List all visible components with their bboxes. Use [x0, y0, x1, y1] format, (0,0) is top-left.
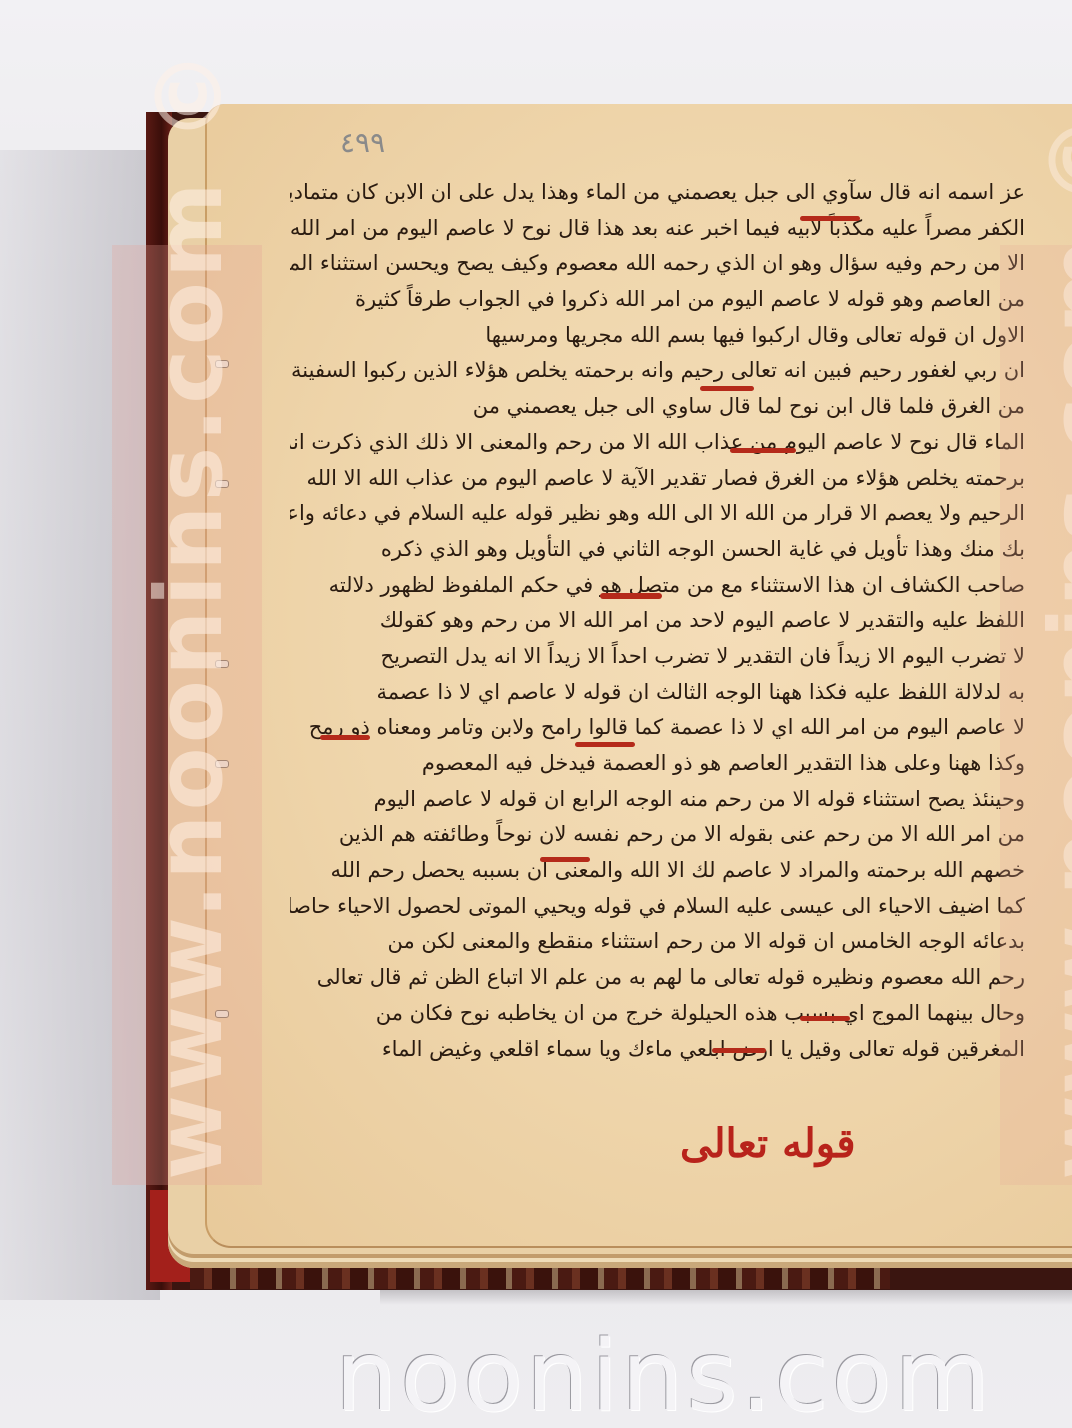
- text-line: عز اسمه انه قال سآوي الى جبل يعصمني من ا…: [290, 175, 1025, 211]
- text-line: بك منك وهذا تأويل في غاية الحسن الوجه ال…: [290, 532, 1025, 568]
- rubric-heading: قوله تعالى: [680, 1120, 856, 1167]
- text-line: بدعائه الوجه الخامس ان قوله الا من رحم ا…: [290, 924, 1025, 960]
- rubric-overline: [730, 448, 796, 453]
- text-line: الكفر مصراً عليه مكذباً لابيه فيما اخبر …: [290, 211, 1025, 247]
- text-line: رحم الله معصوم ونظيره قوله تعالى ما لهم …: [290, 960, 1025, 996]
- rubric-overline: [320, 735, 370, 740]
- rubric-overline: [540, 857, 590, 862]
- text-line: لا تضرب اليوم الا زيداً فان التقدير لا ت…: [290, 639, 1025, 675]
- rubric-overline: [600, 593, 662, 599]
- text-line: من امر الله الا من رحم عنى بقوله الا من …: [290, 817, 1025, 853]
- text-line: الا من رحم وفيه سؤال وهو ان الذي رحمه ال…: [290, 246, 1025, 282]
- text-line: خصهم الله برحمته والمراد لا عاصم لك الا …: [290, 853, 1025, 889]
- text-line: ان ربي لغفور رحيم فبين انه تعالى رحيم وا…: [290, 353, 1025, 389]
- text-line: المغرقين قوله تعالى وقيل يا ارض ابلعي ما…: [290, 1032, 1025, 1068]
- text-line: وحال بينهما الموج اي بسبب هذه الحيلولة خ…: [290, 996, 1025, 1032]
- text-line: الرحيم ولا يعصم الا قرار من الله الا الى…: [290, 496, 1025, 532]
- rubric-overline: [800, 1016, 850, 1021]
- watermark-vertical-right: www.noonins.com ©: [1030, 114, 1072, 1180]
- text-line: الماء قال نوح لا عاصم اليوم من عذاب الله…: [290, 425, 1025, 461]
- rubric-overline: [712, 1048, 766, 1053]
- folio-number: ٤٩٩: [340, 126, 385, 159]
- text-line: برحمته يخلص هؤلاء من الغرق فصار تقدير ال…: [290, 461, 1025, 497]
- text-line: لا عاصم اليوم من امر الله اي لا ذا عصمة …: [290, 710, 1025, 746]
- manuscript-text: عز اسمه انه قال سآوي الى جبل يعصمني من ا…: [290, 175, 1025, 1067]
- watermark-bottom: noonins.com: [335, 1320, 993, 1428]
- text-line: وحينئذ يصح استثناء قوله الا من رحم منه ا…: [290, 782, 1025, 818]
- rubric-overline: [800, 216, 860, 221]
- text-line: وكذا ههنا وعلى هذا التقدير العاصم هو ذو …: [290, 746, 1025, 782]
- watermark-vertical-left: www.noonins.com ©: [136, 46, 243, 1180]
- rubric-overline: [575, 742, 635, 747]
- text-line: من الغرق فلما قال ابن نوح لما قال ساوي ا…: [290, 389, 1025, 425]
- text-line: الاول ان قوله تعالى وقال اركبوا فيها بسم…: [290, 318, 1025, 354]
- text-line: به لدلالة اللفظ عليه فكذا ههنا الوجه الث…: [290, 675, 1025, 711]
- text-line: اللفظ عليه والتقدير لا عاصم اليوم لاحد م…: [290, 603, 1025, 639]
- text-line: من العاصم وهو قوله لا عاصم اليوم من امر …: [290, 282, 1025, 318]
- rubric-overline: [700, 386, 754, 391]
- text-line: كما اضيف الاحياء الى عيسى عليه السلام في…: [290, 889, 1025, 925]
